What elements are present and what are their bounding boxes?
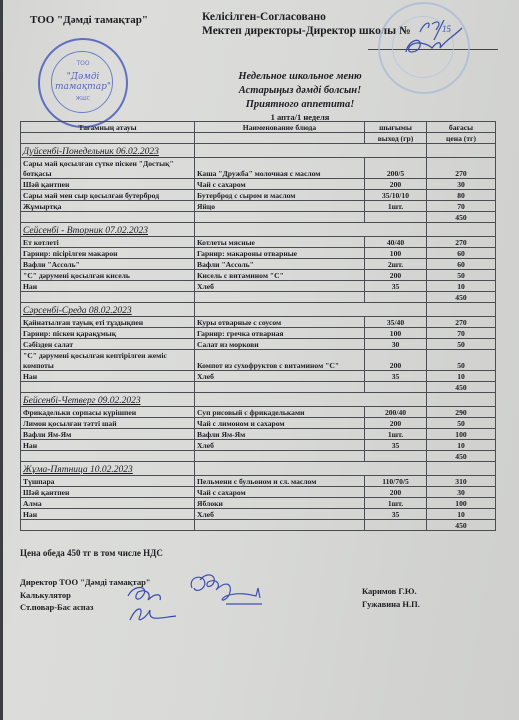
menu-document: ТОО "Дәмді тамақтар" Келісілген-Согласов… [0,0,519,720]
table-row: Шәй қантпенЧай с сахаром20030 [21,179,496,190]
total-empty [365,451,427,462]
dish-yield: 2шт. [365,259,427,270]
dish-yield: 100 [365,328,427,339]
dish-name-kz: Лимон қосылған тәтті шай [21,418,195,429]
dish-yield: 1шт. [365,498,427,509]
dish-name-ru: Каша "Дружба" молочная с маслом [195,158,365,179]
dish-name-kz: Жұмыртқа [21,201,195,212]
dish-yield: 35 [365,281,427,292]
table-row: Вафли "Ассоль"Вафли "Ассоль"2шт.60 [21,259,496,270]
name-director: Каримов Г.Ю. [362,585,420,598]
dish-name-ru: Куры отварные с соусом [195,317,365,328]
dish-yield: 35 [365,509,427,520]
dish-name-ru: Гарнир: гречка отварная [195,328,365,339]
dish-name-kz: "С" дәрумені қосылған кептірілген жеміс … [21,350,195,371]
day-header-row: Сәрсенбі-Среда 08.02.2023 [21,303,496,317]
header-empty [21,133,195,144]
dish-name-ru: Салат из моркови [195,339,365,350]
table-row: "С" дәрумені қосылған кисельКисель с вит… [21,270,496,281]
header-dish-ru: Наименование блюда [195,122,365,133]
director-signature [186,570,276,620]
dish-name-ru: Компот из сухофруктов с витамином "С" [195,350,365,371]
day-title: Сейсенбі - Вторник 07.02.2023 [21,223,195,237]
table-header-row: Тағамның атауы Наименование блюда шығымы… [21,122,496,133]
dish-price: 310 [427,476,496,487]
menu-table: Тағамның атауы Наименование блюда шығымы… [20,121,496,531]
company-name: ТОО "Дәмді тамақтар" [30,14,148,26]
dish-name-kz: Сары май мен сыр қосылған бутерброд [21,190,195,201]
dish-name-ru: Хлеб [195,509,365,520]
table-row: Сары май мен сыр қосылған бутербродБутер… [21,190,496,201]
dish-yield: 200 [365,270,427,281]
greeting-kz: Астарыңыз дәмді болсын! [150,84,450,98]
dish-name-kz: Түшпара [21,476,195,487]
table-row: Сары май қосылған сүтке піскен "Достық" … [21,158,496,179]
table-row: "С" дәрумені қосылған кептірілген жеміс … [21,350,496,371]
dish-name-kz: Фрикадельки сорпасы күрішпен [21,407,195,418]
dish-name-ru: Хлеб [195,281,365,292]
signer-names: Каримов Г.Ю. Гужавина Н.П. [362,585,420,610]
dish-price: 80 [427,190,496,201]
dish-price: 50 [427,350,496,371]
table-row: АлмаЯблоки1шт.100 [21,498,496,509]
table-row: НанХлеб3510 [21,371,496,382]
dish-name-ru: Гарнир: макароны отварные [195,248,365,259]
header-price-ru: цена (тг) [427,133,496,144]
page-edge-shadow [0,0,3,720]
dish-name-kz: Шәй қантпен [21,179,195,190]
dish-name-kz: Вафли Ям-Ям [21,429,195,440]
header-empty [195,133,365,144]
dish-name-ru: Яблоки [195,498,365,509]
day-total: 450 [427,382,496,393]
dish-name-kz: Алма [21,498,195,509]
table-row: Гарнир: піскен қарақұмықГарнир: гречка о… [21,328,496,339]
dish-name-kz: Гарнир: пісірілген макарон [21,248,195,259]
header-yield-ru: выход (гр) [365,133,427,144]
dish-name-ru: Пельмени с бульоном и сл. маслом [195,476,365,487]
dish-yield: 1шт. [365,429,427,440]
dish-price: 270 [427,237,496,248]
table-row: Сәбізден салатСалат из моркови3050 [21,339,496,350]
approval-title: Келісілген-Согласовано [202,10,411,24]
dish-price: 10 [427,281,496,292]
dish-name-ru: Чай с сахаром [195,179,365,190]
total-empty [365,292,427,303]
total-empty [195,451,365,462]
table-row: Вафли Ям-ЯмВафли Ям-Ям1шт.100 [21,429,496,440]
dish-name-ru: Бутерброд с сыром и маслом [195,190,365,201]
dish-name-ru: Вафли "Ассоль" [195,259,365,270]
dish-price: 50 [427,418,496,429]
dish-name-ru: Хлеб [195,440,365,451]
dish-price: 30 [427,487,496,498]
day-total-row: 450 [21,451,496,462]
header-price-kz: бағасы [427,122,496,133]
table-row: НанХлеб3510 [21,440,496,451]
total-empty [21,382,195,393]
day-title: Сәрсенбі-Среда 08.02.2023 [21,303,195,317]
table-row: ТүшпараПельмени с бульоном и сл. маслом1… [21,476,496,487]
table-row: НанХлеб3510 [21,509,496,520]
dish-yield: 35 [365,440,427,451]
dish-price: 50 [427,270,496,281]
dish-price: 290 [427,407,496,418]
dish-yield: 200/40 [365,407,427,418]
total-empty [21,520,195,531]
dish-name-kz: Нан [21,371,195,382]
calculator-signature [118,582,178,627]
dish-name-kz: Вафли "Ассоль" [21,259,195,270]
day-empty [427,303,496,317]
table-row: НанХлеб3510 [21,281,496,292]
menu-title: Недельное школьное меню [150,70,450,84]
dish-price: 50 [427,339,496,350]
stamp-bottom-text: ЖШС [40,96,126,102]
day-empty [195,303,427,317]
day-total: 450 [427,520,496,531]
day-empty [427,144,496,158]
table-header-row-2: выход (гр) цена (тг) [21,133,496,144]
company-stamp: ТОО "Дәмді тамақтар" ЖШС [38,38,128,128]
day-empty [195,462,427,476]
day-empty [195,144,427,158]
dish-name-kz: Нан [21,509,195,520]
day-total-row: 450 [21,382,496,393]
table-row: Гарнир: пісірілген макаронГарнир: макаро… [21,248,496,259]
day-empty [195,223,427,237]
dish-price: 70 [427,328,496,339]
dish-yield: 100 [365,248,427,259]
day-total: 450 [427,212,496,223]
total-empty [195,382,365,393]
day-empty [427,393,496,407]
menu-titles: Недельное школьное меню Астарыңыз дәмді … [150,70,450,112]
stamp-center-text: "Дәмді тамақтар" [40,72,126,92]
dish-name-kz: Сары май қосылған сүтке піскен "Достық" … [21,158,195,179]
table-row: Ет котлетіКотлеты мясные40/40270 [21,237,496,248]
day-empty [195,393,427,407]
total-empty [195,292,365,303]
dish-name-kz: Сәбізден салат [21,339,195,350]
table-row: Шәй қантпенЧай с сахаром20030 [21,487,496,498]
dish-name-kz: "С" дәрумені қосылған кисель [21,270,195,281]
dish-name-kz: Ет котлеті [21,237,195,248]
dish-price: 10 [427,440,496,451]
day-header-row: Дүйсенбі-Понедельник 06.02.2023 [21,144,496,158]
dish-yield: 35/10/10 [365,190,427,201]
dish-yield: 1шт. [365,201,427,212]
day-header-row: Сейсенбі - Вторник 07.02.2023 [21,223,496,237]
day-title: Бейсенбі-Четверг 09.02.2023 [21,393,195,407]
day-total: 450 [427,292,496,303]
dish-price: 100 [427,498,496,509]
greeting-ru: Приятного аппетита! [150,98,450,112]
dish-yield: 200 [365,350,427,371]
dish-yield: 35/40 [365,317,427,328]
dish-name-kz: Қайнатылған тауық еті тұздықпен [21,317,195,328]
dish-name-kz: Шәй қантпен [21,487,195,498]
day-header-row: Бейсенбі-Четверг 09.02.2023 [21,393,496,407]
total-empty [21,451,195,462]
total-empty [21,212,195,223]
day-title: Жұма-Пятница 10.02.2023 [21,462,195,476]
price-note: Цена обеда 450 тг в том числе НДС [20,548,163,558]
header-dish-kz: Тағамның атауы [21,122,195,133]
dish-price: 70 [427,201,496,212]
dish-name-ru: Суп рисовый с фрикадельками [195,407,365,418]
day-total-row: 450 [21,212,496,223]
dish-price: 60 [427,248,496,259]
dish-yield: 110/70/5 [365,476,427,487]
total-empty [365,212,427,223]
total-empty [195,520,365,531]
dish-price: 100 [427,429,496,440]
dish-name-ru: Чай с лимоном и сахаром [195,418,365,429]
day-empty [427,223,496,237]
dish-name-ru: Яйцо [195,201,365,212]
dish-yield: 35 [365,371,427,382]
dish-yield: 200 [365,487,427,498]
dish-name-ru: Кисель с витамином "С" [195,270,365,281]
table-row: Фрикадельки сорпасы күрішпенСуп рисовый … [21,407,496,418]
dish-price: 10 [427,371,496,382]
table-row: Қайнатылған тауық еті тұздықпенКуры отва… [21,317,496,328]
total-empty [21,292,195,303]
dish-price: 60 [427,259,496,270]
header-yield-kz: шығымы [365,122,427,133]
table-row: ЖұмыртқаЯйцо1шт.70 [21,201,496,212]
day-title: Дүйсенбі-Понедельник 06.02.2023 [21,144,195,158]
day-empty [427,462,496,476]
total-empty [365,382,427,393]
dish-name-kz: Гарнир: піскен қарақұмық [21,328,195,339]
dish-price: 30 [427,179,496,190]
dish-yield: 200 [365,418,427,429]
dish-name-kz: Нан [21,440,195,451]
dish-yield: 200/5 [365,158,427,179]
day-total-row: 450 [21,292,496,303]
dish-name-ru: Чай с сахаром [195,487,365,498]
school-director-signature: 15 [398,18,468,58]
day-total: 450 [427,451,496,462]
dish-yield: 30 [365,339,427,350]
day-total-row: 450 [21,520,496,531]
dish-price: 270 [427,158,496,179]
svg-text:15: 15 [442,24,452,34]
total-empty [195,212,365,223]
dish-name-ru: Котлеты мясные [195,237,365,248]
dish-yield: 40/40 [365,237,427,248]
dish-name-ru: Хлеб [195,371,365,382]
stamp-top-text: ТОО [40,60,126,67]
dish-name-ru: Вафли Ям-Ям [195,429,365,440]
name-calculator: Гужавина Н.П. [362,598,420,611]
day-header-row: Жұма-Пятница 10.02.2023 [21,462,496,476]
table-row: Лимон қосылған тәтті шайЧай с лимоном и … [21,418,496,429]
dish-price: 10 [427,509,496,520]
dish-price: 270 [427,317,496,328]
total-empty [365,520,427,531]
dish-name-kz: Нан [21,281,195,292]
dish-yield: 200 [365,179,427,190]
